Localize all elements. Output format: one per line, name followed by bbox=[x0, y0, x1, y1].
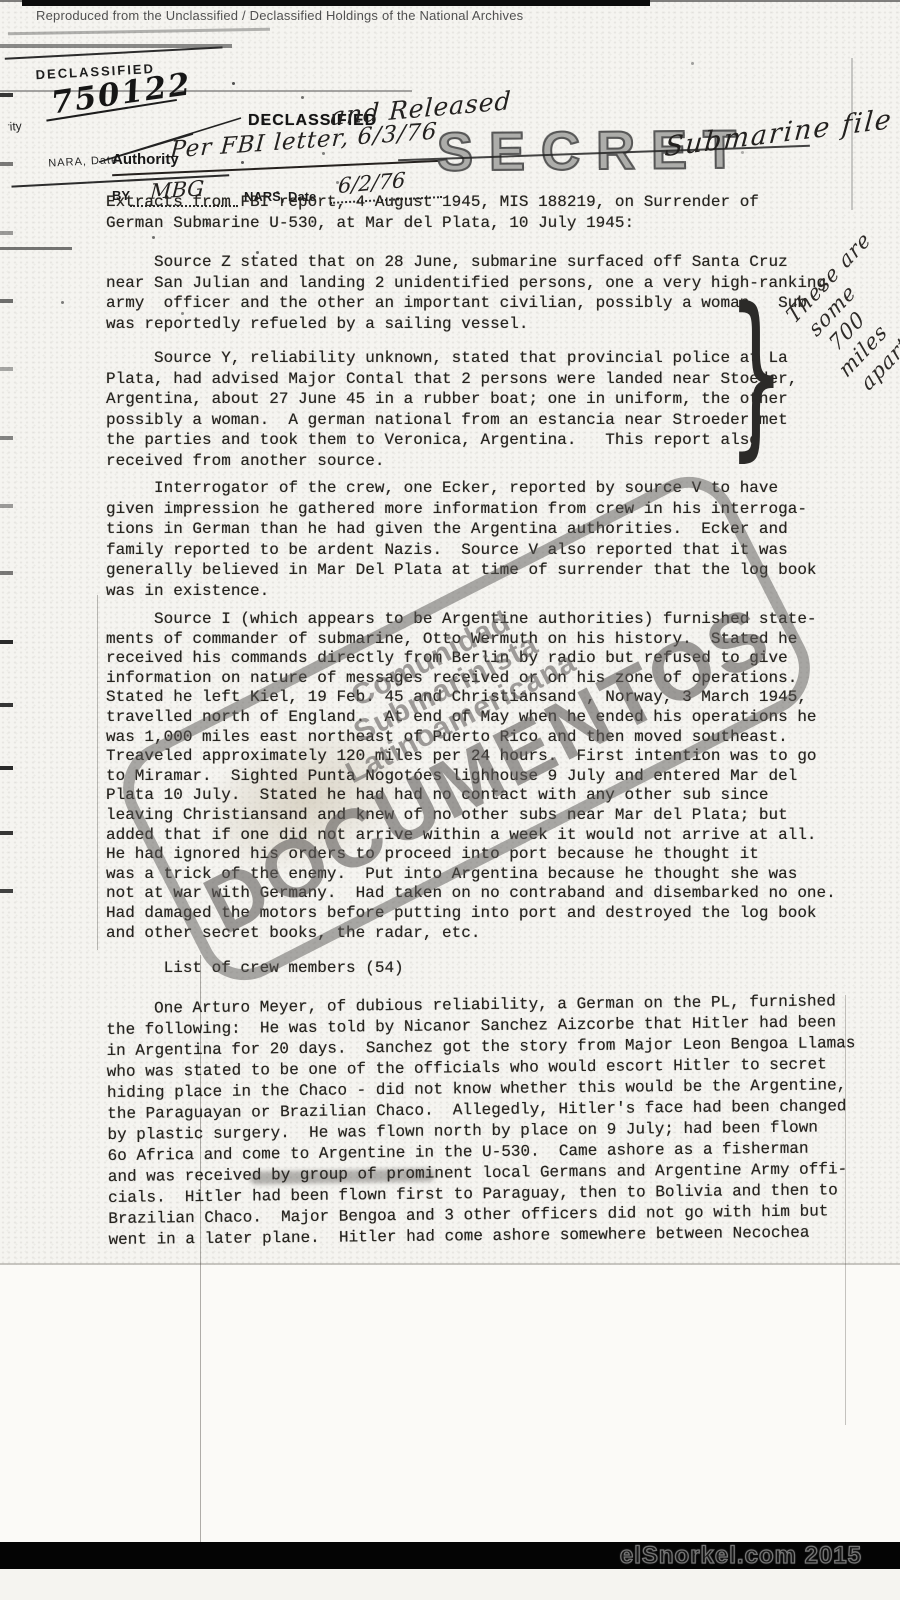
page-lower-area bbox=[0, 1265, 900, 1543]
stamp-authority-label: Authority bbox=[8, 118, 39, 134]
archives-header-note: Reproduced from the Unclassified / Decla… bbox=[36, 8, 523, 23]
binding-marks bbox=[0, 0, 13, 4]
scanned-document-page: Reproduced from the Unclassified / Decla… bbox=[0, 0, 900, 1600]
document-line: given impression he gathered more inform… bbox=[106, 499, 896, 520]
scan-line-artifact bbox=[0, 247, 72, 250]
footer-credit-bar: elSnorkel.com 2015 bbox=[0, 1542, 900, 1569]
scan-top-black-bar bbox=[22, 0, 650, 6]
fold-crease-line bbox=[97, 595, 98, 950]
handwritten-margin-note: } These aresome700milesapart bbox=[738, 294, 900, 469]
document-line: tions in German than he had given the Ar… bbox=[106, 519, 896, 540]
footer-credit-text: elSnorkel.com 2015 bbox=[620, 1542, 862, 1570]
document-line: Extracts from FBI report, 4 August 1945,… bbox=[106, 192, 896, 213]
document-line: family reported to be ardent Nazis. Sour… bbox=[106, 540, 896, 561]
paragraph-arturo-meyer: One Arturo Meyer, of dubious reliability… bbox=[106, 991, 899, 1251]
brace-mark: } bbox=[728, 270, 785, 477]
scan-page-edge bbox=[0, 1263, 900, 1265]
document-line: German Submarine U-530, at Mar del Plata… bbox=[106, 213, 896, 234]
document-line: Interrogator of the crew, one Ecker, rep… bbox=[106, 478, 896, 499]
document-title: Extracts from FBI report, 4 August 1945,… bbox=[106, 192, 896, 233]
